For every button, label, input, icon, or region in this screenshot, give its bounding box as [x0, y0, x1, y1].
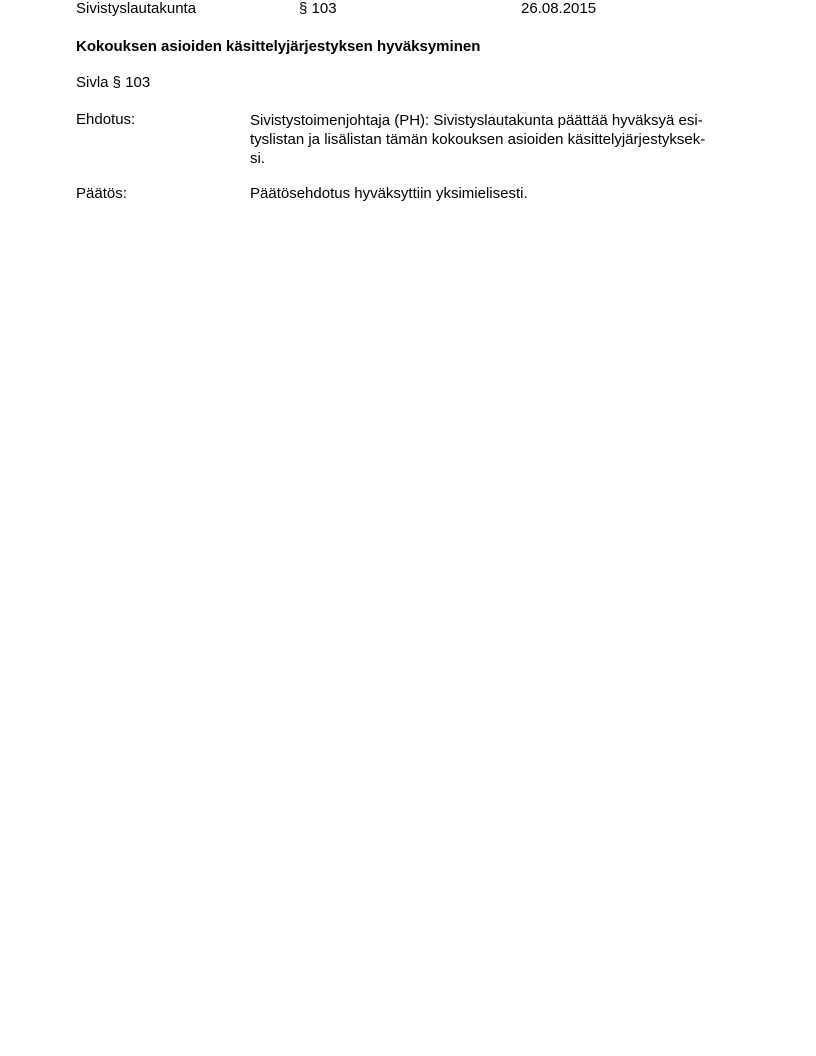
header-department: Sivistyslautakunta — [76, 0, 196, 17]
decision-label: Päätös: — [76, 185, 127, 202]
proposal-line: si. — [250, 149, 705, 168]
header-section-number: § 103 — [299, 0, 337, 17]
decision-text: Päätösehdotus hyväksyttiin yksimielisest… — [250, 185, 528, 202]
proposal-line: Sivistystoimenjohtaja (PH): Sivistyslaut… — [250, 111, 705, 130]
proposal-line: tyslistan ja lisälistan tämän kokouksen … — [250, 130, 705, 149]
document-title: Kokouksen asioiden käsittelyjärjestyksen… — [76, 38, 480, 55]
proposal-text: Sivistystoimenjohtaja (PH): Sivistyslaut… — [250, 111, 705, 168]
section-reference: Sivla § 103 — [76, 74, 150, 91]
proposal-label: Ehdotus: — [76, 111, 135, 128]
header-date: 26.08.2015 — [521, 0, 596, 17]
